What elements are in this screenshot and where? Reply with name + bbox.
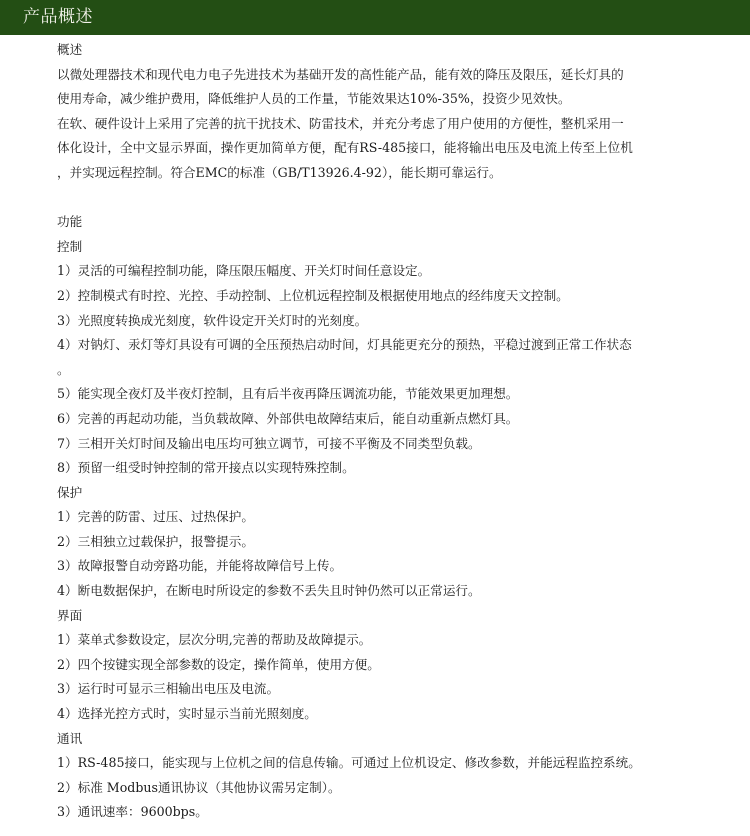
section-title: 产品概述: [23, 6, 93, 28]
communication-item: 3）通讯速率：9600bps。: [57, 800, 737, 825]
control-item: 1）灵活的可编程控制功能，降压限压幅度、开关灯时间任意设定。: [57, 259, 737, 284]
interface-item: 4）选择光控方式时，实时显示当前光照刻度。: [57, 702, 737, 727]
control-item: 3）光照度转换成光刻度，软件设定开关灯时的光刻度。: [57, 309, 737, 334]
overview-line: 体化设计，全中文显示界面，操作更加简单方便，配有RS-485接口，能将输出电压及…: [57, 136, 737, 161]
interface-item: 2）四个按键实现全部参数的设定，操作简单，使用方便。: [57, 653, 737, 678]
protection-item: 4）断电数据保护，在断电时所设定的参数不丢失且时钟仍然可以正常运行。: [57, 579, 737, 604]
protection-heading: 保护: [57, 481, 737, 506]
overview-line: 在软、硬件设计上采用了完善的抗干扰技术、防雷技术，并充分考虑了用户使用的方便性，…: [57, 112, 737, 137]
overview-line: ，并实现远程控制。符合EMC的标准（GB/T13926.4-92），能长期可靠运…: [57, 161, 737, 186]
spacer: [57, 186, 737, 211]
overview-line: 使用寿命，减少维护费用，降低维护人员的工作量，节能效果达10%-35%，投资少见…: [57, 87, 737, 112]
communication-heading: 通讯: [57, 727, 737, 752]
control-item: 5）能实现全夜灯及半夜灯控制，且有后半夜再降压调流功能，节能效果更加理想。: [57, 382, 737, 407]
control-item: 6）完善的再起动功能，当负载故障、外部供电故障结束后，能自动重新点燃灯具。: [57, 407, 737, 432]
control-item: 2）控制模式有时控、光控、手动控制、上位机远程控制及根据使用地点的经纬度天文控制…: [57, 284, 737, 309]
control-heading: 控制: [57, 235, 737, 260]
communication-item: 2）标准 Modbus通讯协议（其他协议需另定制）。: [57, 776, 737, 801]
interface-item: 1）菜单式参数设定，层次分明,完善的帮助及故障提示。: [57, 628, 737, 653]
protection-item: 2）三相独立过载保护，报警提示。: [57, 530, 737, 555]
functions-heading: 功能: [57, 210, 737, 235]
communication-item: 1）RS-485接口，能实现与上位机之间的信息传输。可通过上位机设定、修改参数，…: [57, 751, 737, 776]
control-item: 8）预留一组受时钟控制的常开接点以实现特殊控制。: [57, 456, 737, 481]
overview-heading: 概述: [57, 38, 737, 63]
overview-line: 以微处理器技术和现代电力电子先进技术为基础开发的高性能产品，能有效的降压及限压，…: [57, 63, 737, 88]
interface-item: 3）运行时可显示三相输出电压及电流。: [57, 677, 737, 702]
interface-heading: 界面: [57, 604, 737, 629]
product-overview-content: 概述 以微处理器技术和现代电力电子先进技术为基础开发的高性能产品，能有效的降压及…: [57, 38, 737, 825]
protection-item: 3）故障报警自动旁路功能，并能将故障信号上传。: [57, 554, 737, 579]
control-item: 。: [57, 358, 737, 383]
section-header: 产品概述: [0, 0, 750, 35]
control-item: 4）对钠灯、汞灯等灯具设有可调的全压预热启动时间，灯具能更充分的预热，平稳过渡到…: [57, 333, 737, 358]
control-item: 7）三相开关灯时间及输出电压均可独立调节，可接不平衡及不同类型负载。: [57, 432, 737, 457]
protection-item: 1）完善的防雷、过压、过热保护。: [57, 505, 737, 530]
